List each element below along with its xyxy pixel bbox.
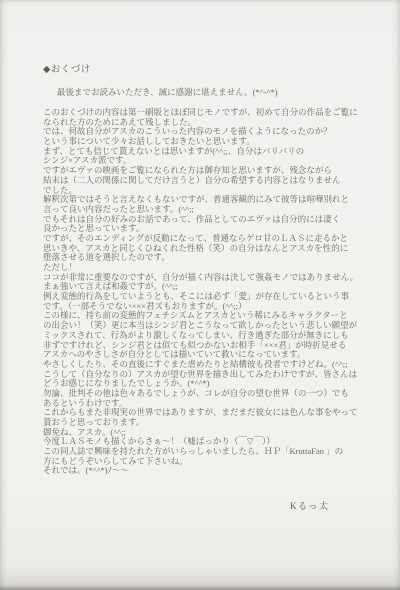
- body-line: それでは。(*^^*)ﾉ～～: [43, 466, 370, 476]
- author-signature: Kるっ太: [290, 499, 370, 512]
- colophon-heading: ◆おくづけ: [43, 61, 370, 75]
- body-line: 堕落させる道を選択したのです。: [43, 253, 370, 263]
- body-line: 結末は（二人の関係に関してだけ言うと）自分の希望する内容とはなりません: [43, 176, 370, 186]
- scanned-page: ◆おくづけ 最後までお読みいただき、誠に感謝に堪えません。(*^-^*) このお…: [0, 0, 400, 590]
- colophon-content: ◆おくづけ 最後までお読みいただき、誠に感謝に堪えません。(*^-^*) このお…: [43, 61, 370, 512]
- afterword-body: このおくづけの内容は第一刷版とほぼ同じモノですが、初めて自分の作品をご覧に なら…: [43, 108, 370, 476]
- greeting-line: 最後までお読みいただき、誠に感謝に堪えません。(*^-^*): [57, 86, 370, 98]
